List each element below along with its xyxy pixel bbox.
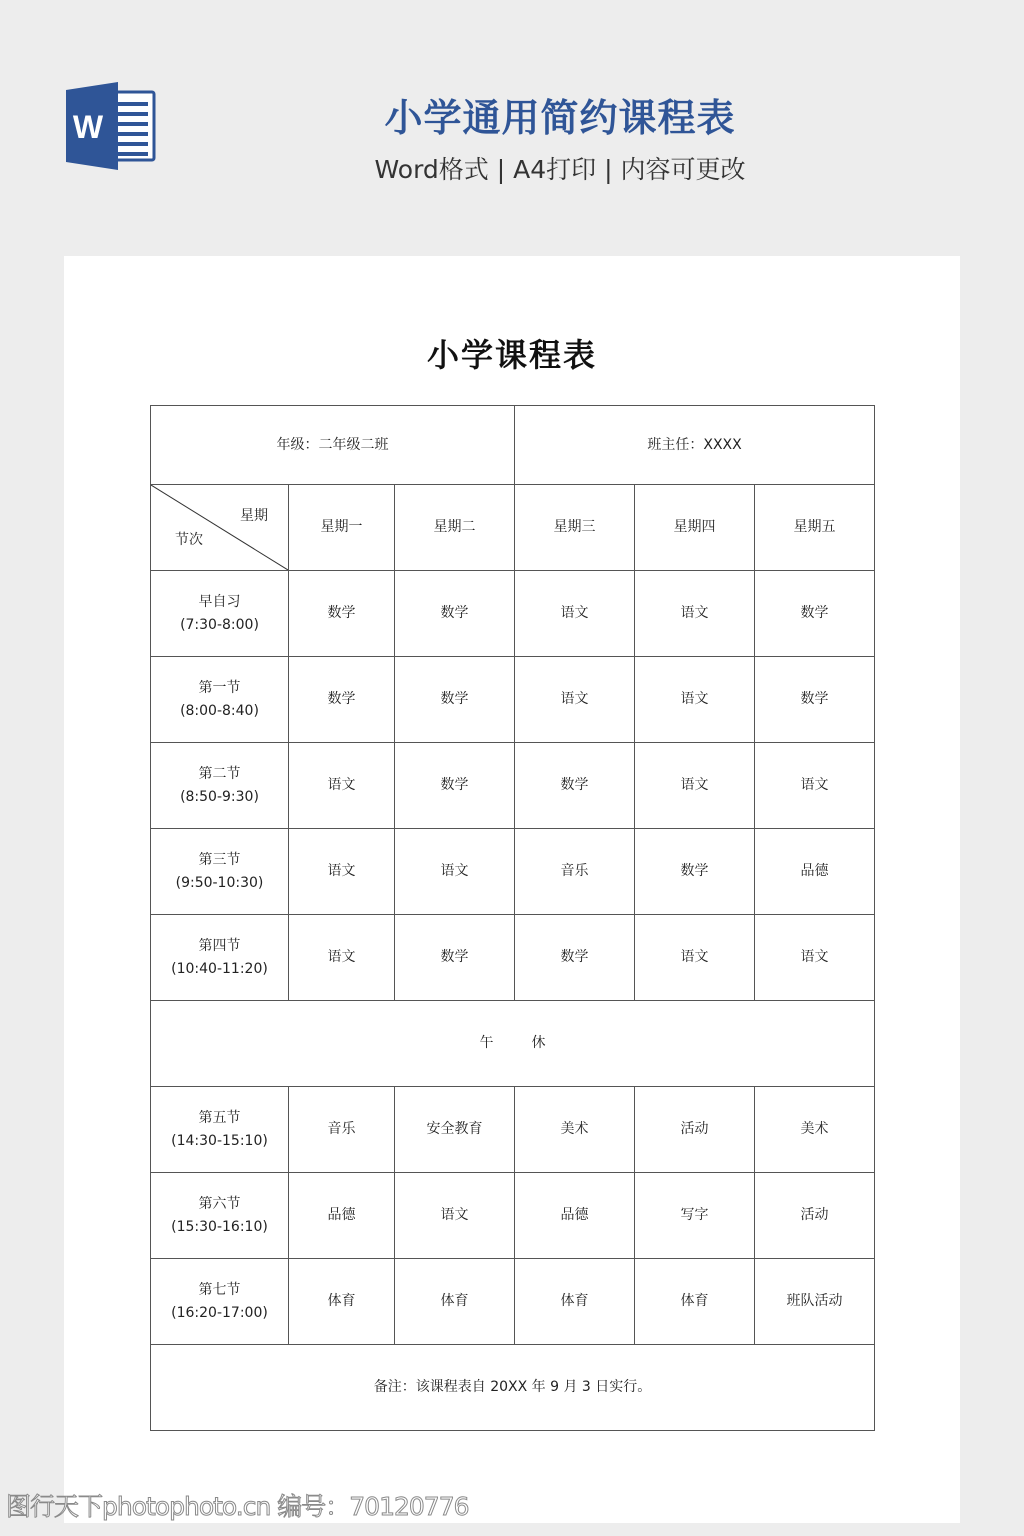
- period-row: 第四节(10:40-11:20) 语文 数学 数学 语文 语文: [151, 915, 875, 1001]
- subject-cell: 语文: [395, 829, 515, 915]
- subject-cell: 语文: [635, 657, 755, 743]
- period-name: 第二节: [199, 766, 241, 782]
- subject-cell: 数学: [635, 829, 755, 915]
- subject-cell: 写字: [635, 1173, 755, 1259]
- banner-subtitle: Word格式 | A4打印 | 内容可更改: [300, 152, 820, 188]
- subject-cell: 体育: [395, 1259, 515, 1345]
- period-label-cell: 第一节(8:00-8:40): [151, 657, 289, 743]
- subject-cell: 数学: [289, 571, 395, 657]
- period-time: (8:50-9:30): [151, 786, 288, 809]
- subject-cell: 体育: [635, 1259, 755, 1345]
- subject-cell: 语文: [515, 657, 635, 743]
- period-label-cell: 第六节(15:30-16:10): [151, 1173, 289, 1259]
- period-label-cell: 第七节(16:20-17:00): [151, 1259, 289, 1345]
- subject-cell: 语文: [289, 743, 395, 829]
- subject-cell: 品德: [289, 1173, 395, 1259]
- period-row: 第七节(16:20-17:00) 体育 体育 体育 体育 班队活动: [151, 1259, 875, 1345]
- period-row: 第六节(15:30-16:10) 品德 语文 品德 写字 活动: [151, 1173, 875, 1259]
- period-name: 第一节: [199, 680, 241, 696]
- subject-cell: 活动: [755, 1173, 875, 1259]
- subject-cell: 体育: [289, 1259, 395, 1345]
- day-header: 星期五: [755, 485, 875, 571]
- day-header: 星期四: [635, 485, 755, 571]
- subject-cell: 语文: [635, 571, 755, 657]
- subject-cell: 安全教育: [395, 1087, 515, 1173]
- subject-cell: 数学: [395, 657, 515, 743]
- lunch-break-row: 午休: [151, 1001, 875, 1087]
- subject-cell: 活动: [635, 1087, 755, 1173]
- subject-cell: 语文: [289, 829, 395, 915]
- period-name: 早自习: [199, 594, 241, 610]
- word-icon: W: [64, 82, 156, 170]
- note-row: 备注：该课程表自 20XX 年 9 月 3 日实行。: [151, 1345, 875, 1431]
- lunch-char-2: 休: [532, 1035, 546, 1051]
- subject-cell: 音乐: [289, 1087, 395, 1173]
- period-time: (14:30-15:10): [151, 1130, 288, 1153]
- watermark: 图行天下photophoto.cn 编号：70120776: [6, 1492, 469, 1522]
- document-title: 小学课程表: [64, 332, 960, 378]
- period-name: 第四节: [199, 938, 241, 954]
- subject-cell: 语文: [635, 743, 755, 829]
- period-row: 第一节(8:00-8:40) 数学 数学 语文 语文 数学: [151, 657, 875, 743]
- period-time: (8:00-8:40): [151, 700, 288, 723]
- subject-cell: 语文: [755, 743, 875, 829]
- period-label-cell: 第五节(14:30-15:10): [151, 1087, 289, 1173]
- period-label-cell: 早自习(7:30-8:00): [151, 571, 289, 657]
- subject-cell: 体育: [515, 1259, 635, 1345]
- subject-cell: 数学: [755, 657, 875, 743]
- corner-label-day: 星期: [240, 505, 268, 528]
- lunch-char-1: 午: [480, 1035, 494, 1051]
- subject-cell: 语文: [635, 915, 755, 1001]
- period-name: 第六节: [199, 1196, 241, 1212]
- corner-label-period: 节次: [175, 529, 203, 552]
- info-row: 年级：二年级二班 班主任：XXXX: [151, 406, 875, 485]
- day-header: 星期二: [395, 485, 515, 571]
- period-row: 第二节(8:50-9:30) 语文 数学 数学 语文 语文: [151, 743, 875, 829]
- period-label-cell: 第二节(8:50-9:30): [151, 743, 289, 829]
- period-time: (7:30-8:00): [151, 614, 288, 637]
- grade-cell: 年级：二年级二班: [151, 406, 515, 485]
- subject-cell: 品德: [515, 1173, 635, 1259]
- subject-cell: 数学: [515, 743, 635, 829]
- period-name: 第五节: [199, 1110, 241, 1126]
- period-time: (15:30-16:10): [151, 1216, 288, 1239]
- subject-cell: 语文: [289, 915, 395, 1001]
- subject-cell: 品德: [755, 829, 875, 915]
- subject-cell: 数学: [395, 571, 515, 657]
- subject-cell: 数学: [395, 743, 515, 829]
- subject-cell: 班队活动: [755, 1259, 875, 1345]
- note-cell: 备注：该课程表自 20XX 年 9 月 3 日实行。: [151, 1345, 875, 1431]
- subject-cell: 语文: [515, 571, 635, 657]
- subject-cell: 语文: [395, 1173, 515, 1259]
- period-time: (9:50-10:30): [151, 872, 288, 895]
- schedule-table: 年级：二年级二班 班主任：XXXX 星期 节次 星期一 星期二 星期三 星期四 …: [150, 405, 875, 1431]
- svg-text:W: W: [73, 109, 104, 145]
- subject-cell: 数学: [289, 657, 395, 743]
- corner-header-cell: 星期 节次: [151, 485, 289, 571]
- period-label-cell: 第三节(9:50-10:30): [151, 829, 289, 915]
- day-header-row: 星期 节次 星期一 星期二 星期三 星期四 星期五: [151, 485, 875, 571]
- period-time: (10:40-11:20): [151, 958, 288, 981]
- banner-title: 小学通用简约课程表: [300, 92, 820, 144]
- period-row: 早自习(7:30-8:00) 数学 数学 语文 语文 数学: [151, 571, 875, 657]
- day-header: 星期一: [289, 485, 395, 571]
- subject-cell: 数学: [755, 571, 875, 657]
- lunch-break-cell: 午休: [151, 1001, 875, 1087]
- teacher-cell: 班主任：XXXX: [515, 406, 875, 485]
- period-label-cell: 第四节(10:40-11:20): [151, 915, 289, 1001]
- subject-cell: 音乐: [515, 829, 635, 915]
- subject-cell: 语文: [755, 915, 875, 1001]
- period-time: (16:20-17:00): [151, 1302, 288, 1325]
- document-page: 小学课程表 年级：二年级二班 班主任：XXXX 星期 节次 星期一 星期二 星期…: [64, 256, 960, 1523]
- subject-cell: 美术: [515, 1087, 635, 1173]
- period-name: 第七节: [199, 1282, 241, 1298]
- period-name: 第三节: [199, 852, 241, 868]
- period-row: 第五节(14:30-15:10) 音乐 安全教育 美术 活动 美术: [151, 1087, 875, 1173]
- day-header: 星期三: [515, 485, 635, 571]
- period-row: 第三节(9:50-10:30) 语文 语文 音乐 数学 品德: [151, 829, 875, 915]
- subject-cell: 美术: [755, 1087, 875, 1173]
- subject-cell: 数学: [515, 915, 635, 1001]
- subject-cell: 数学: [395, 915, 515, 1001]
